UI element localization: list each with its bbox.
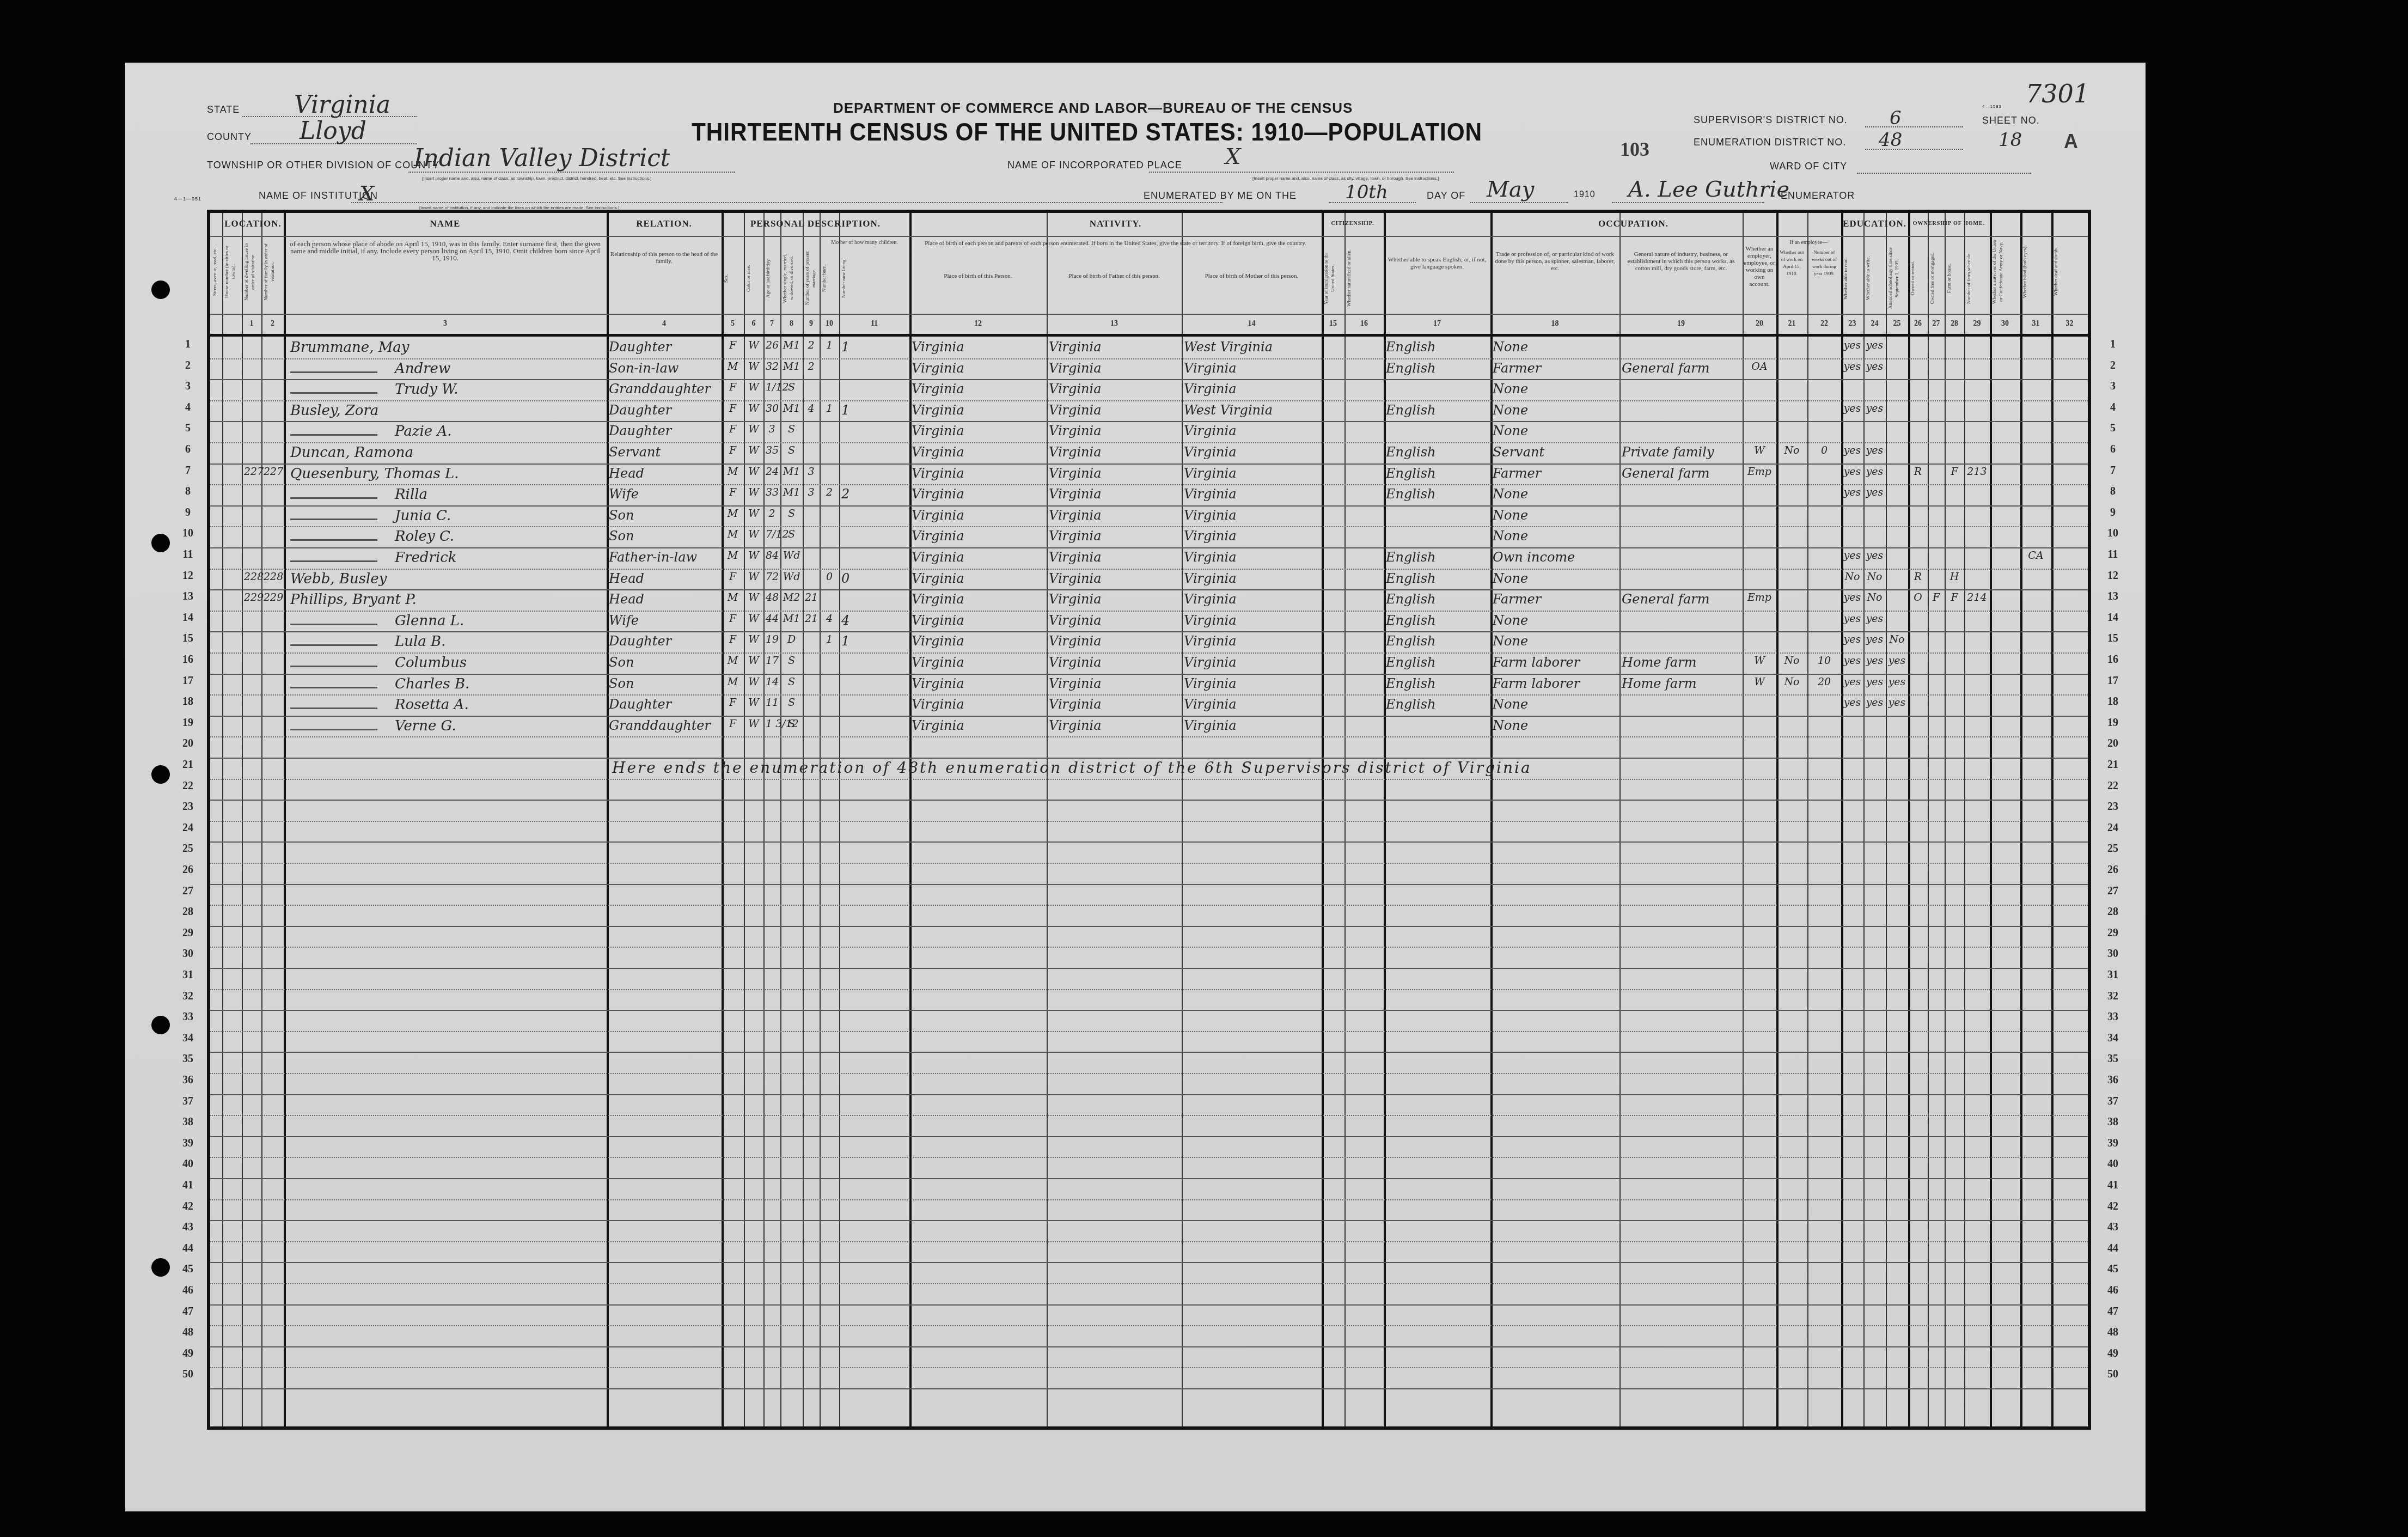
cell-mother_birth: Virginia	[1184, 486, 1319, 502]
row-divider	[210, 314, 2088, 315]
line-number: 15	[2102, 632, 2124, 645]
line-number: 17	[2102, 675, 2124, 687]
header-vertical-7: Age at last birthday.	[765, 246, 779, 311]
cell-age: 30	[766, 402, 778, 414]
column-number-24: 24	[1863, 320, 1886, 328]
row-divider	[210, 1115, 2088, 1116]
header-vertical-2: House number (in cities or towns).	[223, 239, 241, 304]
cell-marital: M1	[783, 613, 800, 625]
cell-sex: F	[724, 402, 742, 414]
cell-relation: Father-in-law	[609, 550, 719, 565]
cell-name: Busley, Zora	[286, 402, 609, 419]
cell-birth: Virginia	[912, 528, 1044, 544]
row-divider	[210, 841, 2088, 843]
cell-relation: Son	[609, 676, 719, 691]
cell-relation: Head	[609, 466, 719, 481]
cell-farm: H	[1947, 571, 1962, 583]
cell-relation: Daughter	[609, 697, 719, 712]
cell-race: W	[746, 655, 761, 667]
cell-relation: Wife	[609, 486, 719, 502]
cell-english: English	[1386, 339, 1488, 355]
cell-father_birth: Virginia	[1049, 402, 1179, 418]
enumerator-name: A. Lee Guthrie	[1628, 177, 1789, 202]
cell-father_birth: Virginia	[1049, 718, 1179, 733]
line-number: 33	[177, 1011, 199, 1023]
cell-write: yes	[1866, 655, 1884, 667]
cell-write: yes	[1866, 633, 1884, 645]
column-divider	[744, 213, 745, 1426]
cell-birth: Virginia	[912, 718, 1044, 733]
header-vertical-20: Number of farm schedule.	[1965, 246, 1989, 311]
line-number: 24	[2102, 822, 2124, 834]
header-vertical-21: Whether a survivor of the Union or Confe…	[1991, 239, 2019, 304]
cell-relation: Son	[609, 655, 719, 670]
cell-mother_birth: Virginia	[1184, 655, 1319, 670]
cell-marital: S	[783, 676, 800, 688]
line-number: 16	[2102, 654, 2124, 666]
cell-race: W	[746, 402, 761, 414]
cell-years_married: 4	[805, 402, 817, 414]
line-number: 6	[177, 443, 199, 456]
sheet-side: A	[2064, 130, 2078, 153]
header-name: of each person whose place of abode on A…	[288, 240, 602, 261]
cell-read: yes	[1843, 361, 1861, 373]
column-divider	[763, 213, 765, 1426]
cell-dwelling: 227	[244, 466, 259, 478]
column-divider	[1344, 213, 1346, 1426]
row-divider	[210, 1304, 2088, 1306]
column-number-12: 12	[909, 320, 1047, 328]
column-divider	[1807, 213, 1808, 1426]
row-divider	[210, 1178, 2088, 1179]
cell-sex: M	[724, 676, 742, 688]
cell-relation: Head	[609, 571, 719, 586]
cell-marital: M1	[783, 339, 800, 351]
line-number: 22	[2102, 780, 2124, 792]
cell-trade: None	[1493, 508, 1617, 523]
group-location: LOCATION.	[222, 218, 284, 229]
cell-years_married: 2	[805, 339, 817, 351]
cell-sex: M	[724, 591, 742, 603]
line-number: 29	[2102, 927, 2124, 940]
group-citizenship: CITIZENSHIP.	[1322, 221, 1384, 227]
line-number: 7	[177, 465, 199, 477]
department-heading: DEPARTMENT OF COMMERCE AND LABOR—BUREAU …	[833, 100, 1353, 117]
group-occupation: OCCUPATION.	[1490, 218, 1776, 229]
cell-dwelling: 229	[244, 591, 259, 603]
cell-weeks: 20	[1810, 676, 1839, 688]
header-vertical-6: Color or race.	[745, 246, 762, 311]
column-divider	[1945, 213, 1946, 1426]
line-number: 36	[2102, 1074, 2124, 1087]
cell-father_birth: Virginia	[1049, 508, 1179, 523]
line-number: 35	[2102, 1053, 2124, 1065]
row-divider	[210, 569, 2088, 570]
enumeration-district-label: Enumeration District No.	[1694, 137, 1846, 148]
cell-english: English	[1386, 633, 1488, 649]
cell-age: 26	[766, 339, 778, 351]
column-number-19: 19	[1619, 320, 1743, 328]
column-number-8: 8	[780, 320, 803, 328]
cell-farm: F	[1947, 466, 1962, 478]
column-divider	[242, 213, 243, 1426]
cell-marital: S	[783, 718, 800, 730]
cell-sex: F	[724, 571, 742, 583]
line-number: 32	[177, 990, 199, 1003]
column-divider	[1841, 213, 1843, 1426]
row-divider	[210, 1367, 2088, 1368]
column-divider	[780, 213, 781, 1426]
line-number: 3	[177, 380, 199, 393]
cell-name: Duncan, Ramona	[286, 444, 609, 461]
cell-race: W	[746, 486, 761, 498]
cell-birth: Virginia	[912, 676, 1044, 691]
cell-mother_birth: Virginia	[1184, 676, 1319, 691]
column-number-29: 29	[1964, 320, 1990, 328]
line-number: 11	[177, 548, 199, 561]
cell-mother_birth: Virginia	[1184, 466, 1319, 481]
cell-living: 1	[841, 633, 907, 649]
column-number-31: 31	[2020, 320, 2051, 328]
line-number: 26	[177, 864, 199, 876]
cell-relation: Daughter	[609, 402, 719, 418]
column-number-3: 3	[284, 320, 607, 328]
header-vertical-3: Number of dwelling house in order of vis…	[243, 239, 260, 304]
cell-read: No	[1843, 571, 1861, 583]
column-number-9: 9	[803, 320, 820, 328]
header-industry: General nature of industry, business, or…	[1623, 251, 1739, 272]
line-number: 14	[177, 612, 199, 624]
column-number-13: 13	[1047, 320, 1182, 328]
line-number: 31	[177, 969, 199, 981]
row-divider	[210, 674, 2088, 675]
cell-marital: S	[783, 444, 800, 456]
row-divider	[210, 631, 2088, 632]
line-number: 49	[2102, 1347, 2124, 1360]
row-divider	[210, 1094, 2088, 1095]
row-divider	[210, 1031, 2088, 1032]
cell-sex: M	[724, 466, 742, 478]
column-divider	[1776, 213, 1779, 1426]
line-number: 9	[2102, 507, 2124, 519]
cell-read: yes	[1843, 676, 1861, 688]
line-number: 34	[177, 1032, 199, 1045]
cell-english: English	[1386, 486, 1488, 502]
cell-age: 14	[766, 676, 778, 688]
line-number: 45	[2102, 1263, 2124, 1276]
column-number-14: 14	[1182, 320, 1322, 328]
line-number: 50	[2102, 1368, 2124, 1381]
group-relation: RELATION.	[607, 218, 722, 229]
cell-read: yes	[1843, 655, 1861, 667]
column-divider	[1863, 213, 1865, 1426]
row-divider	[210, 400, 2088, 401]
line-number: 10	[2102, 527, 2124, 540]
header-weeks-out: Number of weeks out of work during year …	[1808, 249, 1840, 277]
header-vertical-13: Whether naturalized or alien.	[1346, 246, 1383, 311]
ditto-dash	[290, 497, 377, 499]
header-nativity-note: Place of birth of each person and parent…	[913, 240, 1318, 247]
cell-age: 24	[766, 466, 778, 478]
column-number-17: 17	[1384, 320, 1490, 328]
enumerated-label: Enumerated by me on the	[1144, 190, 1297, 202]
column-number-15: 15	[1322, 320, 1344, 328]
cell-mother_birth: West Virginia	[1184, 339, 1319, 355]
incorporated-note: [Insert proper name and, also, name of c…	[1252, 176, 1439, 181]
row-divider	[210, 1136, 2088, 1137]
cell-age: 7/12	[766, 528, 778, 540]
column-divider	[2020, 213, 2022, 1426]
ditto-dash	[290, 624, 377, 625]
cell-living: 0	[841, 571, 907, 586]
header-relation: Relationship of this person to the head …	[610, 251, 718, 265]
row-divider	[210, 694, 2088, 696]
header-vertical-14: Whether able to read.	[1842, 246, 1862, 311]
cell-father_birth: Virginia	[1049, 361, 1179, 376]
line-number: 4	[177, 401, 199, 414]
cell-owned: O	[1910, 591, 1926, 603]
cell-schedule: 213	[1966, 466, 1988, 478]
cell-read: yes	[1843, 550, 1861, 562]
cell-trade: None	[1493, 571, 1617, 586]
line-number: 31	[2102, 969, 2124, 981]
row-divider	[210, 1346, 2088, 1347]
column-divider	[1928, 213, 1929, 1426]
cell-mother_birth: Virginia	[1184, 550, 1319, 565]
cell-weeks: 0	[1810, 444, 1839, 456]
cell-mother_birth: Virginia	[1184, 444, 1319, 460]
column-divider	[1990, 213, 1992, 1426]
cell-age: 48	[766, 591, 778, 603]
header-employer-status: Whether an employer, employee, or workin…	[1744, 246, 1775, 288]
cell-father_birth: Virginia	[1049, 676, 1179, 691]
cell-trade: Farm laborer	[1493, 655, 1617, 670]
row-divider	[210, 463, 2088, 465]
line-number: 12	[2102, 570, 2124, 582]
cell-trade: None	[1493, 613, 1617, 628]
cell-birth: Virginia	[912, 444, 1044, 460]
line-number: 21	[177, 759, 199, 771]
punch-hole	[151, 534, 170, 552]
cell-relation: Granddaughter	[609, 381, 719, 397]
cell-mother_birth: Virginia	[1184, 718, 1319, 733]
row-divider	[210, 1262, 2088, 1263]
cell-sex: F	[724, 486, 742, 498]
cell-marital: S	[783, 697, 800, 709]
cell-write: yes	[1866, 550, 1884, 562]
cell-race: W	[746, 633, 761, 645]
cell-english: English	[1386, 466, 1488, 481]
cell-employer: Emp	[1745, 466, 1774, 478]
cell-trade: None	[1493, 339, 1617, 355]
enumerated-month: May	[1487, 177, 1534, 202]
cell-race: W	[746, 591, 761, 603]
cell-trade: None	[1493, 528, 1617, 544]
row-divider	[210, 421, 2088, 422]
cell-industry: Home farm	[1622, 676, 1740, 691]
line-number: 22	[177, 780, 199, 792]
column-number-32: 32	[2051, 320, 2088, 328]
header-birthplace-father: Place of birth of Father of this person.	[1050, 273, 1178, 280]
cell-marital: Wd	[783, 571, 800, 583]
day-of-label: day of	[1427, 190, 1465, 202]
header-if-employee: If an employee—	[1776, 239, 1841, 246]
cell-english: English	[1386, 550, 1488, 565]
column-number-22: 22	[1807, 320, 1841, 328]
cell-years_married: 2	[805, 361, 817, 373]
ward-label: Ward of city	[1770, 161, 1847, 172]
cell-english: English	[1386, 613, 1488, 628]
column-divider	[722, 213, 724, 1426]
cell-relation: Granddaughter	[609, 718, 719, 733]
cell-write: yes	[1866, 402, 1884, 414]
cell-name: Brummane, May	[286, 339, 609, 356]
cell-birth: Virginia	[912, 613, 1044, 628]
cell-family: 229	[264, 591, 282, 603]
ditto-dash	[290, 666, 377, 667]
line-number: 8	[2102, 485, 2124, 498]
line-number: 19	[177, 717, 199, 729]
cell-race: W	[746, 423, 761, 435]
cell-family: 228	[264, 571, 282, 583]
handwritten-number: 7301	[2026, 79, 2089, 108]
cell-race: W	[746, 718, 761, 730]
cell-father_birth: Virginia	[1049, 381, 1179, 397]
cell-birth: Virginia	[912, 655, 1044, 670]
line-number: 4	[2102, 401, 2124, 414]
column-divider	[1908, 213, 1910, 1426]
enumerated-year: 1910	[1574, 190, 1596, 200]
cell-marital: S	[783, 655, 800, 667]
punch-hole	[151, 765, 170, 784]
cell-race: W	[746, 466, 761, 478]
supervisor-value: 6	[1890, 107, 1902, 129]
line-number: 16	[177, 654, 199, 666]
cell-mother_birth: West Virginia	[1184, 402, 1319, 418]
cell-trade: None	[1493, 423, 1617, 438]
sheet-value: 18	[1998, 129, 2022, 151]
row-divider	[210, 334, 2088, 337]
ditto-dash	[290, 434, 377, 436]
line-number: 25	[177, 843, 199, 855]
cell-family: 227	[264, 466, 282, 478]
cell-sex: F	[724, 381, 742, 393]
row-divider	[210, 736, 2088, 737]
cell-relation: Son	[609, 528, 719, 544]
closing-note: Here ends the enumeration of 48th enumer…	[612, 759, 1532, 777]
cell-sex: F	[724, 697, 742, 709]
column-number-20: 20	[1743, 320, 1776, 328]
cell-race: W	[746, 571, 761, 583]
row-divider	[210, 1199, 2088, 1200]
column-number-23: 23	[1841, 320, 1863, 328]
cell-employer: Emp	[1745, 591, 1774, 603]
cell-marital: M1	[783, 486, 800, 498]
cell-father_birth: Virginia	[1049, 613, 1179, 628]
row-divider	[210, 547, 2088, 548]
cell-race: W	[746, 444, 761, 456]
cell-trade: None	[1493, 402, 1617, 418]
cell-sex: M	[724, 528, 742, 540]
cell-age: 84	[766, 550, 778, 562]
cell-read: yes	[1843, 339, 1861, 351]
incorporated-value: X	[1225, 144, 1240, 169]
cell-write: yes	[1866, 486, 1884, 498]
row-divider	[210, 1073, 2088, 1074]
cell-sex: M	[724, 508, 742, 520]
header-language: Whether able to speak English; or, if no…	[1387, 257, 1487, 271]
township-note: [Insert proper name and, also, name of c…	[422, 176, 651, 181]
cell-schedule: 214	[1966, 591, 1988, 603]
row-divider	[210, 989, 2088, 990]
cell-age: 19	[766, 633, 778, 645]
cell-birth: Virginia	[912, 633, 1044, 649]
ditto-dash	[290, 539, 377, 541]
cell-owned: R	[1910, 466, 1926, 478]
row-divider	[210, 379, 2088, 380]
header-vertical-22: Whether blind (both eyes).	[2021, 239, 2050, 304]
column-number-28: 28	[1945, 320, 1964, 328]
cell-trade: None	[1493, 633, 1617, 649]
cell-mother_birth: Virginia	[1184, 697, 1319, 712]
line-number: 19	[2102, 717, 2124, 729]
cell-born: 4	[822, 613, 837, 625]
cell-sex: F	[724, 339, 742, 351]
column-divider	[839, 213, 840, 1426]
header-birthplace-person: Place of birth of this Person.	[913, 273, 1043, 280]
census-table: LOCATION.NAMERELATION.PERSONAL DESCRIPTI…	[207, 210, 2091, 1430]
line-number: 14	[2102, 612, 2124, 624]
cell-mother_birth: Virginia	[1184, 591, 1319, 607]
header-vertical-12: Year of immigration to the United States…	[1323, 246, 1343, 311]
cell-mother_birth: Virginia	[1184, 613, 1319, 628]
line-number: 41	[177, 1179, 199, 1192]
cell-relation: Daughter	[609, 633, 719, 649]
cell-father_birth: Virginia	[1049, 633, 1179, 649]
column-divider	[1047, 213, 1048, 1426]
line-number: 41	[2102, 1179, 2124, 1192]
header-vertical-16: Attended school any time since September…	[1887, 246, 1907, 311]
row-divider	[210, 1052, 2088, 1053]
cell-write: No	[1866, 591, 1884, 603]
cell-sex: M	[724, 655, 742, 667]
row-divider	[210, 905, 2088, 906]
column-number-21: 21	[1776, 320, 1807, 328]
cell-living: 1	[841, 402, 907, 418]
cell-born: 1	[822, 339, 837, 351]
cell-mother_birth: Virginia	[1184, 381, 1319, 397]
cell-school: yes	[1888, 697, 1906, 709]
line-number: 43	[177, 1221, 199, 1234]
line-number: 47	[2102, 1306, 2124, 1318]
cell-employer: W	[1745, 655, 1774, 667]
cell-years_married: 21	[805, 591, 817, 603]
header-vertical-5: Sex.	[723, 246, 743, 311]
cell-father_birth: Virginia	[1049, 655, 1179, 670]
column-divider	[820, 213, 821, 1426]
cell-mother_birth: Virginia	[1184, 423, 1319, 438]
cell-mortgaged: F	[1930, 591, 1942, 603]
header-vertical-11: Number now living.	[840, 246, 908, 311]
header-vertical-9: Number of years of present marriage.	[804, 246, 818, 311]
line-number: 48	[2102, 1326, 2124, 1339]
row-divider	[210, 442, 2088, 443]
cell-trade: Farm laborer	[1493, 676, 1617, 691]
line-number: 45	[177, 1263, 199, 1276]
row-divider	[210, 358, 2088, 359]
cell-age: 32	[766, 361, 778, 373]
line-number: 3	[2102, 380, 2124, 393]
